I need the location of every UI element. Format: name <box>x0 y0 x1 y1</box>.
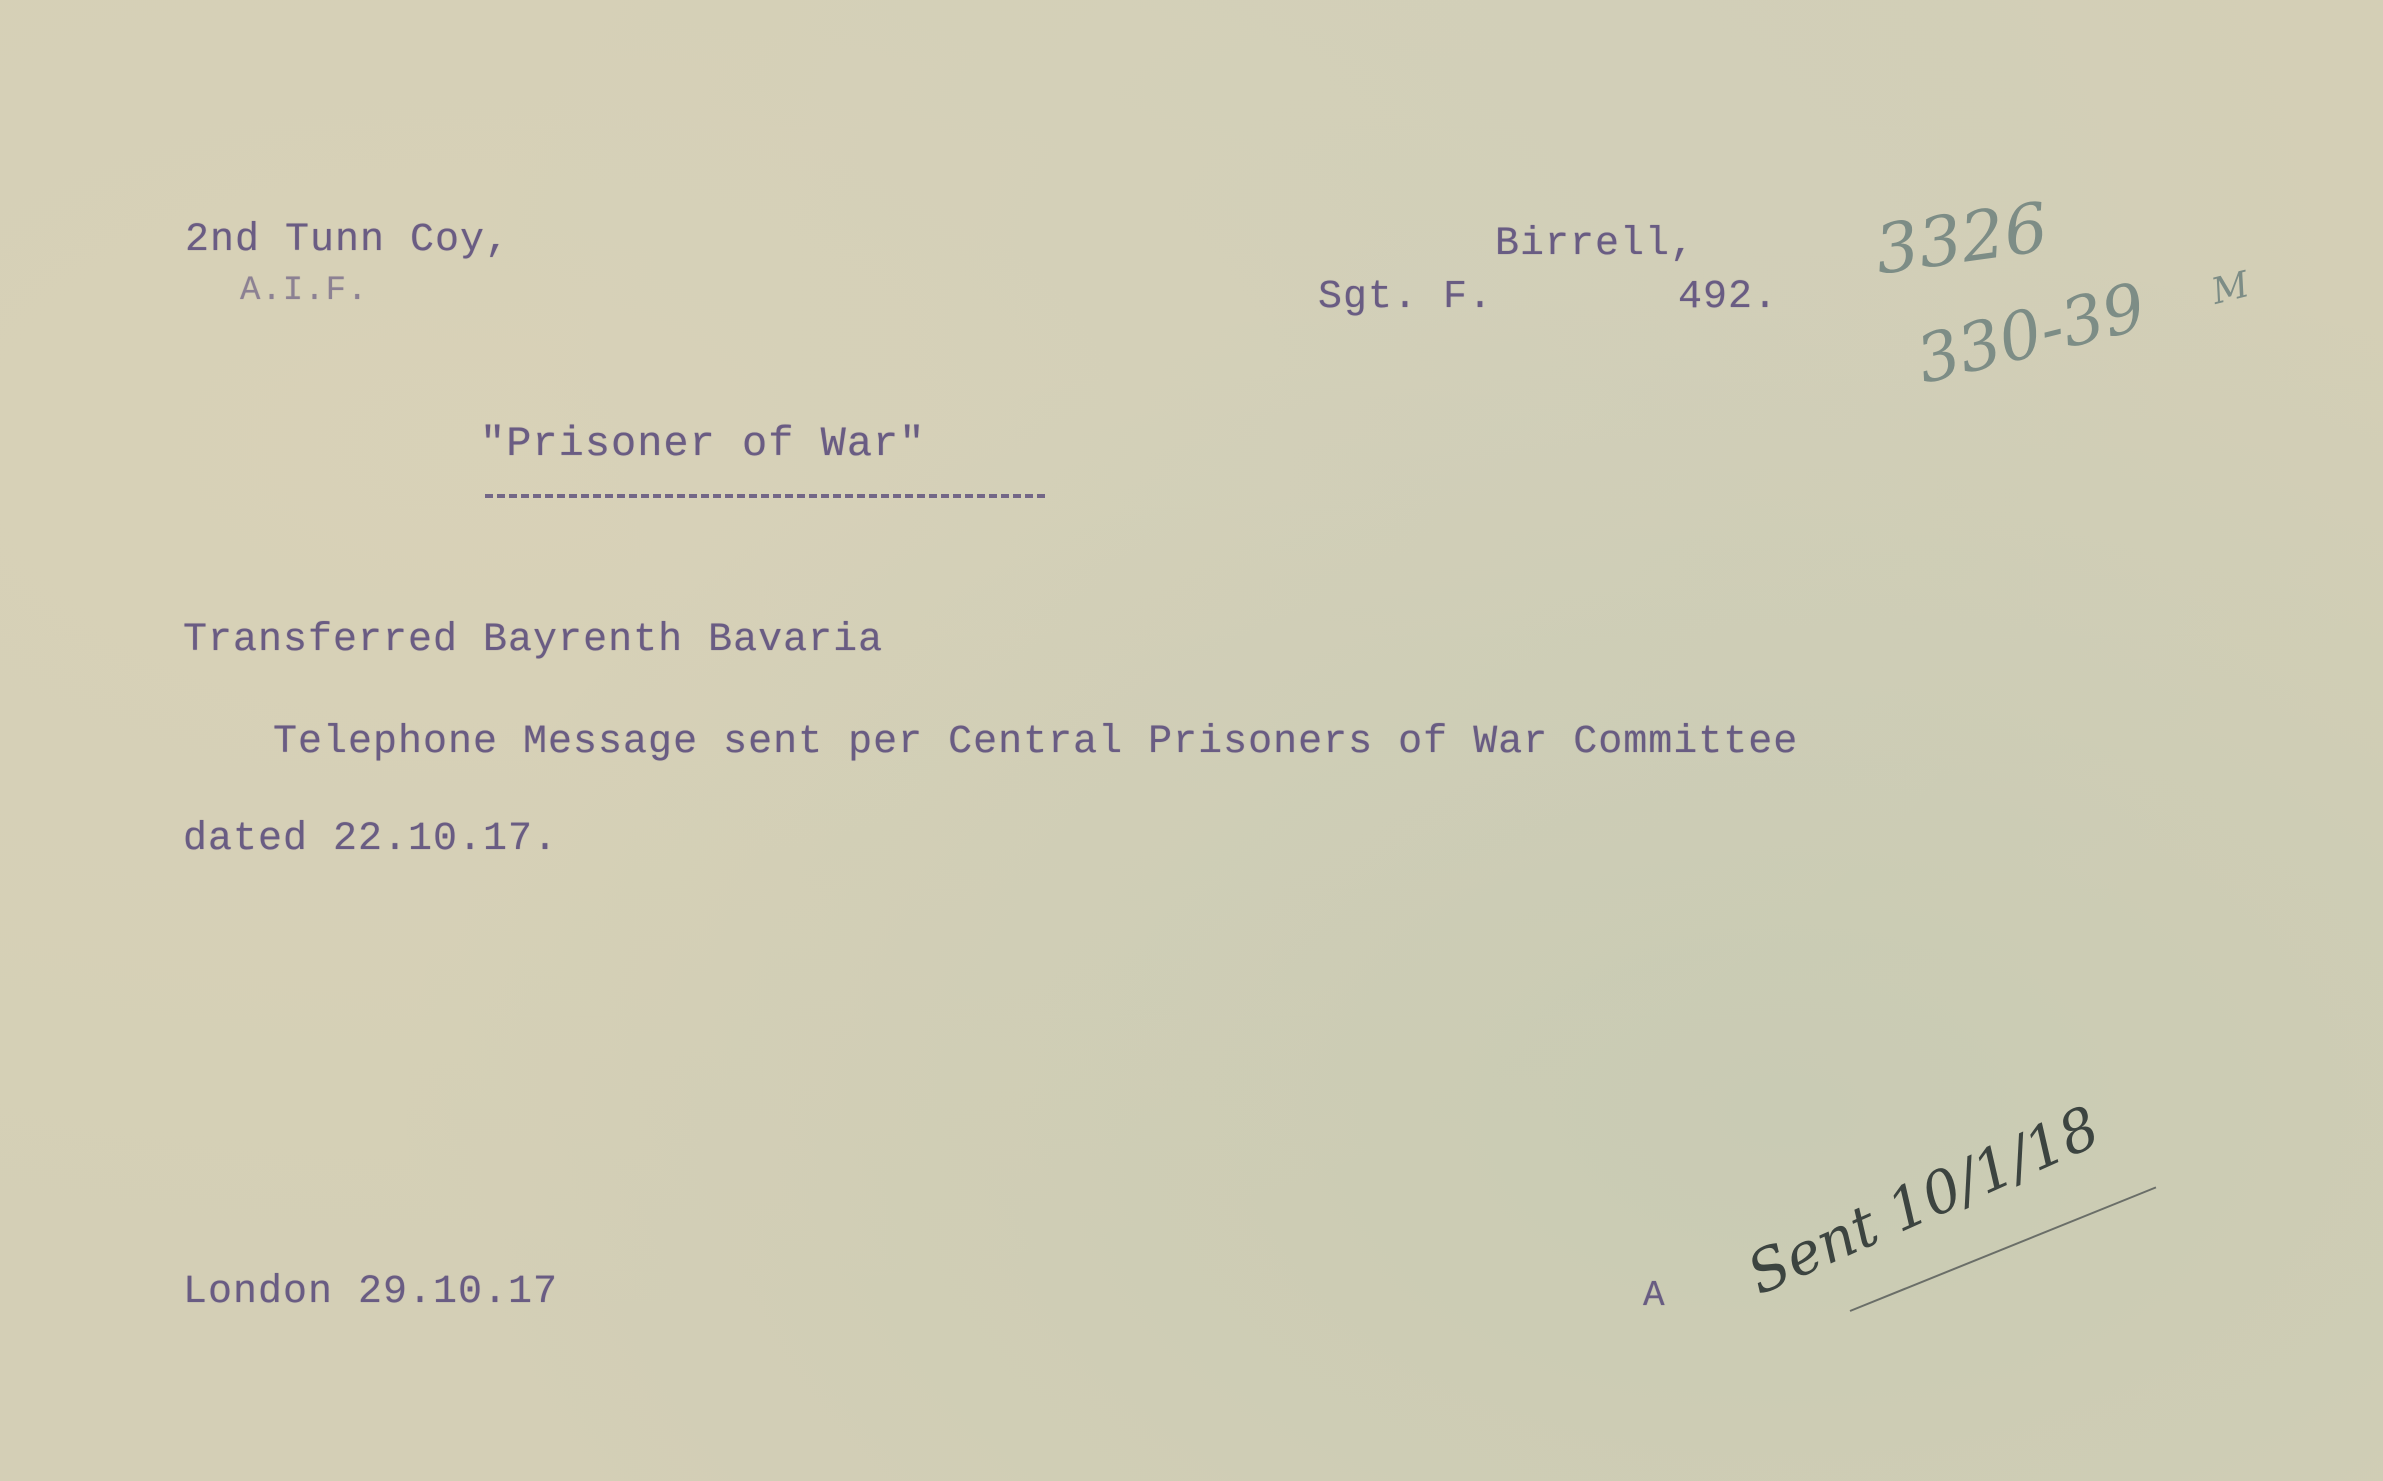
pencil-reference-suffix: M <box>2208 264 2254 313</box>
title-underline <box>485 494 1045 498</box>
pencil-reference-top: 3326 <box>1870 188 2052 290</box>
pencil-reference-bottom: 330-39 <box>1909 268 2153 399</box>
body-message-line: Telephone Message sent per Central Priso… <box>273 720 1798 765</box>
document-title: "Prisoner of War" <box>480 420 925 468</box>
service-number: 492. <box>1678 275 1778 320</box>
soldier-rank-initial: Sgt. F. <box>1318 275 1493 320</box>
body-transfer-line: Transferred Bayrenth Bavaria <box>183 618 883 663</box>
soldier-surname: Birrell, <box>1495 222 1695 267</box>
place-and-date: London 29.10.17 <box>183 1270 558 1315</box>
unit-name: 2nd Tunn Coy, <box>185 218 510 263</box>
clerk-mark: A <box>1643 1275 1666 1316</box>
body-dated-line: dated 22.10.17. <box>183 817 558 862</box>
sent-annotation: Sent 10/1/18 <box>1737 1093 2109 1308</box>
document-card: 2nd Tunn Coy, A.I.F. Birrell, Sgt. F. 49… <box>0 0 2383 1481</box>
unit-force: A.I.F. <box>240 272 368 310</box>
